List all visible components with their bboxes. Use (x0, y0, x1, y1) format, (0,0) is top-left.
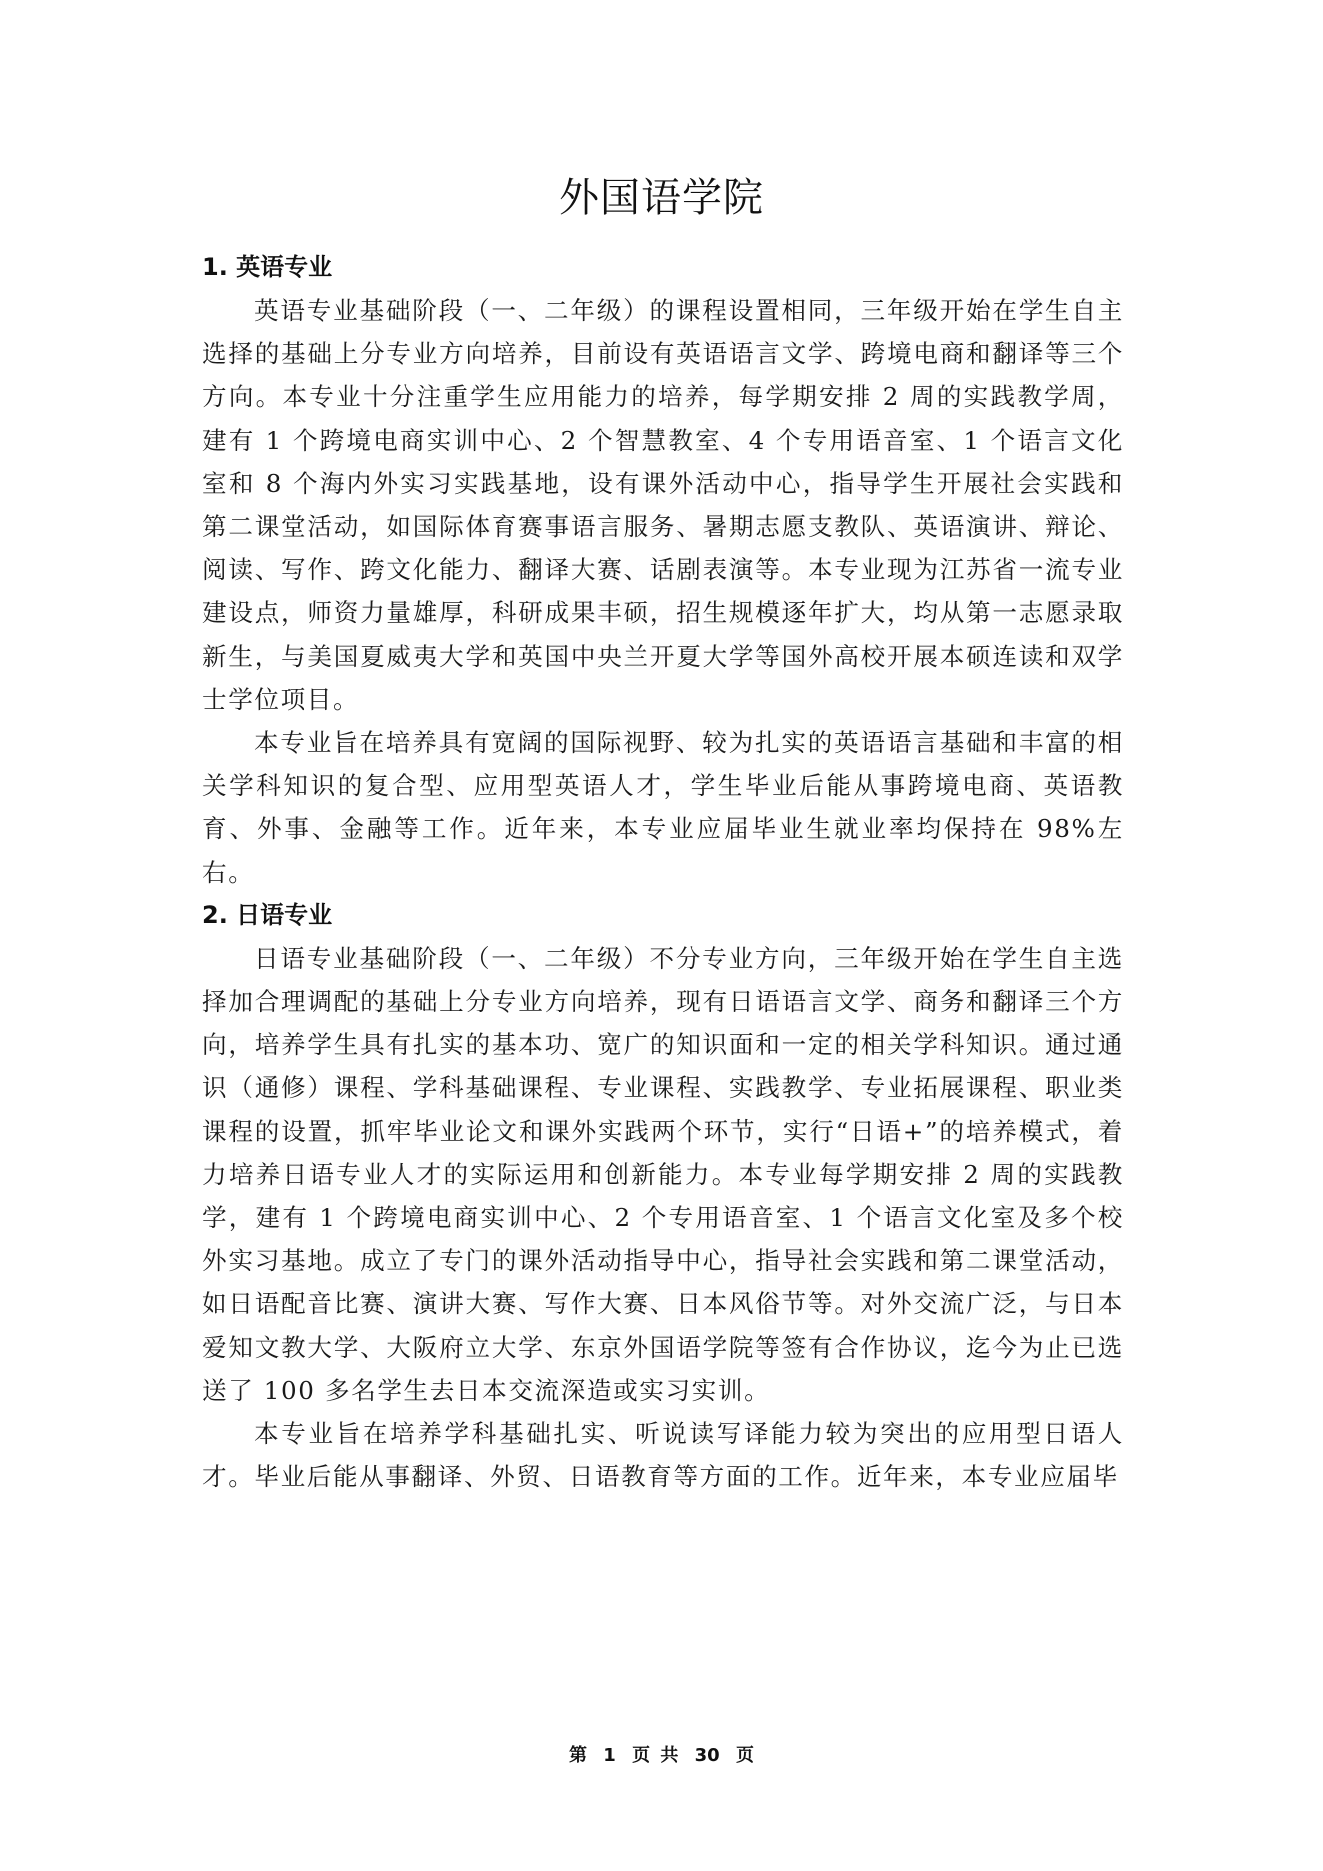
paragraph: 本专业旨在培养具有宽阔的国际视野、较为扎实的英语语言基础和丰富的相关学科知识的复… (202, 721, 1124, 894)
section-heading: 1. 英语专业 (202, 246, 1124, 289)
total-pages-number: 30 (695, 1745, 720, 1766)
section-english: 1. 英语专业 英语专业基础阶段（一、二年级）的课程设置相同，三年级开始在学生自… (202, 246, 1124, 894)
paragraph: 英语专业基础阶段（一、二年级）的课程设置相同，三年级开始在学生自主选择的基础上分… (202, 289, 1124, 721)
current-page-number: 1 (603, 1745, 616, 1766)
section-japanese: 2. 日语专业 日语专业基础阶段（一、二年级）不分专业方向，三年级开始在学生自主… (202, 894, 1124, 1499)
page-label-prefix: 第 (569, 1745, 587, 1766)
document-page: 外国语学院 1. 英语专业 英语专业基础阶段（一、二年级）的课程设置相同，三年级… (0, 0, 1323, 1871)
paragraph: 本专业旨在培养学科基础扎实、听说读写译能力较为突出的应用型日语人才。毕业后能从事… (202, 1412, 1124, 1498)
section-heading: 2. 日语专业 (202, 894, 1124, 937)
paragraph: 日语专业基础阶段（一、二年级）不分专业方向，三年级开始在学生自主选择加合理调配的… (202, 937, 1124, 1412)
page-label-middle: 页 共 (632, 1745, 678, 1766)
page-label-suffix: 页 (736, 1745, 754, 1766)
page-footer: 第 1 页 共 30 页 (0, 1741, 1323, 1767)
page-title: 外国语学院 (0, 172, 1323, 224)
document-body: 1. 英语专业 英语专业基础阶段（一、二年级）的课程设置相同，三年级开始在学生自… (202, 246, 1124, 1498)
